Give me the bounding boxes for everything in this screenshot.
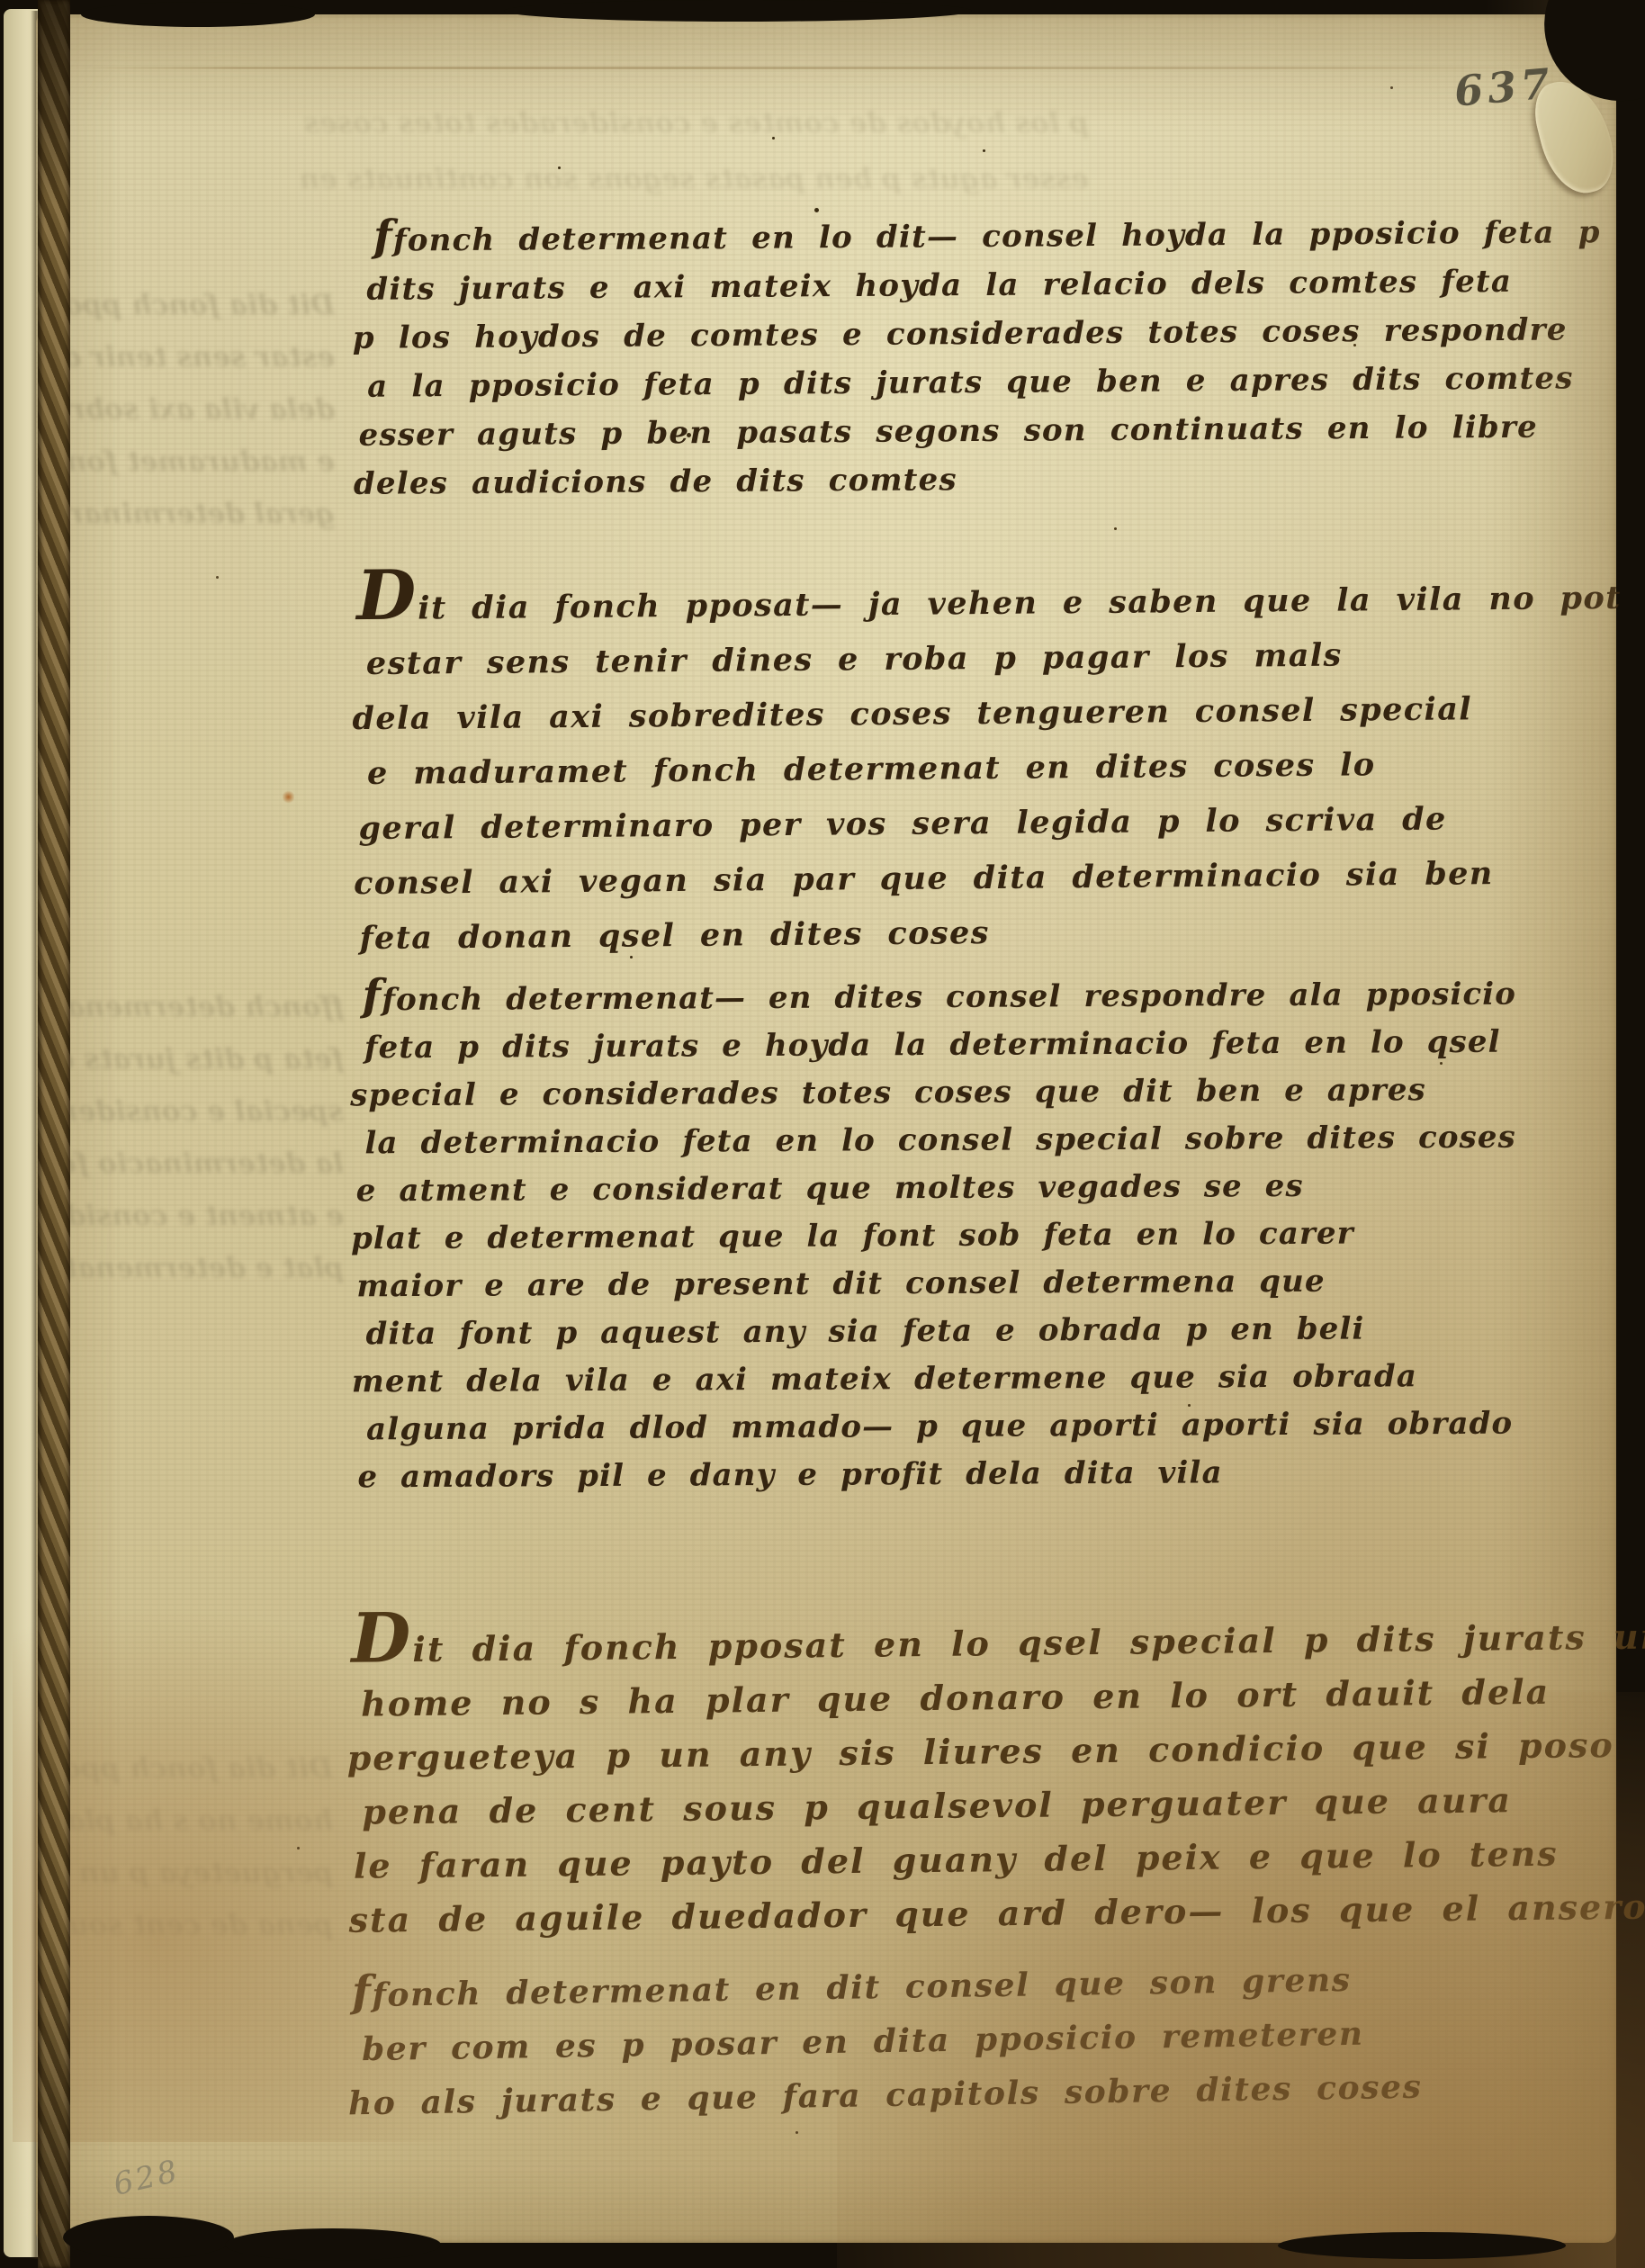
manuscript-line: e atment e considerat que moltes vegades… bbox=[356, 1162, 1518, 1216]
manuscript-line: ffonch determenat— en dites consel respo… bbox=[362, 971, 1516, 1025]
manuscript-paragraph-5: ffonch determenat en dit consel que son … bbox=[352, 1952, 1423, 2131]
manuscript-paragraph-3: ffonch determenat— en dites consel respo… bbox=[355, 971, 1518, 1502]
bleed-through-text: Dit dia fonch pposat en lo qsel special … bbox=[36, 1742, 333, 2012]
manuscript-paragraph-2: Dit dia fonch pposat— ja vehen e saben q… bbox=[356, 571, 1624, 966]
ink-specks bbox=[0, 0, 3, 3]
manuscript-paragraph-1: ffonch determenat en lo dit— consel hoyd… bbox=[357, 208, 1603, 508]
binding-cord bbox=[38, 0, 70, 2268]
manuscript-scan: p los hoydos de comtes e considerades to… bbox=[0, 0, 1645, 2268]
manuscript-line: ment dela vila e axi mateix determene qu… bbox=[352, 1353, 1519, 1407]
manuscript-line: a la pposicio feta p dits jurats que ben… bbox=[367, 354, 1602, 411]
manuscript-line: p los hoydos de comtes e considerades to… bbox=[353, 305, 1602, 363]
manuscript-line: plat e determenat que la font sob feta e… bbox=[351, 1210, 1518, 1264]
bleed-through-text: ffonch determenat— en dites consel respo… bbox=[38, 981, 344, 1404]
manuscript-line: esser aguts p ben pasats segons son cont… bbox=[358, 402, 1602, 460]
manuscript-line: dits jurats e axi mateix hoyda la relaci… bbox=[366, 256, 1601, 314]
torn-edge bbox=[225, 2228, 441, 2261]
bleed-through-text: Dit dia fonch pposat— ja vehen e saben q… bbox=[38, 279, 335, 666]
manuscript-line: deles audicions de dits comtes bbox=[354, 451, 1603, 508]
manuscript-line: feta p dits jurats e hoyda la determinac… bbox=[364, 1019, 1517, 1073]
manuscript-line: alguna prida dlod mmado— p que aporti ap… bbox=[366, 1400, 1519, 1454]
manuscript-line: maior e are de present dit consel determ… bbox=[356, 1257, 1518, 1311]
manuscript-line: e amadors pil e dany e profit dela dita … bbox=[357, 1448, 1519, 1502]
manuscript-paragraph-4: Dit dia fonch pposat en lo qsel special … bbox=[351, 1609, 1645, 1947]
torn-edge bbox=[63, 2216, 234, 2259]
torn-edge bbox=[504, 0, 972, 22]
torn-edge bbox=[81, 2, 315, 27]
manuscript-line: feta donan qsel en dites coses bbox=[359, 900, 1624, 966]
bleed-through-text: p los hoydos de comtes e considerades to… bbox=[297, 95, 1089, 211]
paper-crease bbox=[54, 67, 1584, 69]
folio-number-top: 637 bbox=[1452, 58, 1556, 115]
manuscript-line: dita font p aquest any sia feta e obrada… bbox=[365, 1305, 1518, 1359]
manuscript-line: ffonch determenat en lo dit— consel hoyd… bbox=[373, 208, 1601, 265]
manuscript-line: la determinacio feta en lo consel specia… bbox=[364, 1114, 1517, 1168]
torn-edge bbox=[1278, 2232, 1566, 2259]
manuscript-line: special e considerades totes coses que d… bbox=[350, 1066, 1517, 1120]
